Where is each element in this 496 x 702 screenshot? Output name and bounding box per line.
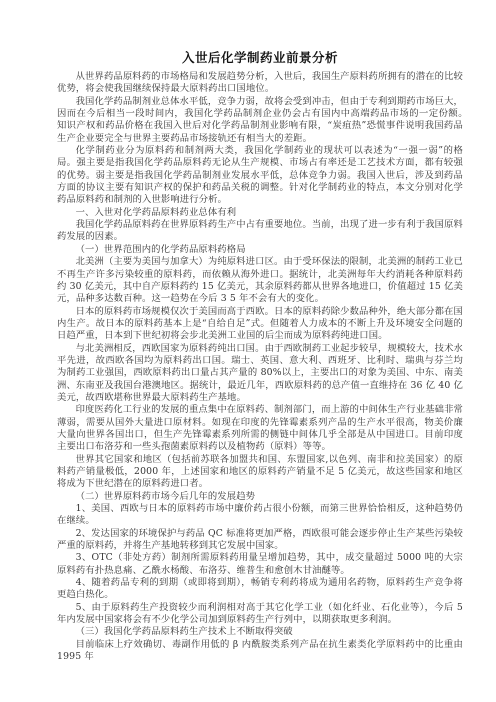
trend-item-4: 4、随着药品专利的到期（或即将到期），畅销专利药将成为通用名药物，原料药生产竞争…: [57, 577, 463, 602]
section-heading-1: 一、入世对化学药品原料药业总体有利: [57, 207, 463, 219]
paragraph-japan: 日本的原料药市场规模仅次于美国而高于西欧。日本的原料药除少数品种外，绝大部分都在…: [57, 306, 463, 343]
trend-item-3: 3、OTC（非处方药）制剂所需原料药用量呈增加趋势，其中，成交量超过 5000 …: [57, 552, 463, 577]
paragraph-beta-lactam: 目前临床上疗效确切、毒副作用低的 β 内酰胺类系列产品在抗生素类化学原料药中的比…: [57, 639, 463, 664]
trend-item-5: 5、由于原料药生产投资较少而利润相对高于其它化学工业（如化纤业、石化业等），今后…: [57, 602, 463, 627]
paragraph-preparations: 我国化学药品制剂业总体水平低，竞争力弱，故将会受到冲击，但由于专利到期药市场巨大…: [57, 96, 463, 145]
subsection-heading-3: （三）我国化学药品原料药生产技术上不断取得突破: [57, 626, 463, 638]
trend-item-1: 1、美国、西欧与日本的原料药市场中廉价药占很小份额，而第三世界恰恰相反，这种趋势…: [57, 503, 463, 528]
paragraph-north-america: 北美洲（主要为美国与加拿大）为纯原料进口区。由于受环保法的限制，北美洲的制药工业…: [57, 256, 463, 305]
paragraph-intro: 从世界药品原料药的市场格局和发展趋势分析，入世后，我国生产原料药所拥有的潜在的比…: [57, 71, 463, 96]
paragraph-india: 印度医药化工行业的发展的重点集中在原料药、制剂部门，而上游的中间体生产行业基础非…: [57, 404, 463, 453]
document-page: 入世后化学制药业前景分析 从世界药品原料药的市场格局和发展趋势分析，入世后，我国…: [57, 50, 463, 664]
document-body: 从世界药品原料药的市场格局和发展趋势分析，入世后，我国生产原料药所拥有的潜在的比…: [57, 71, 463, 664]
subsection-heading-1: （一）世界范围内的化学药品原料药格局: [57, 244, 463, 256]
trend-item-2: 2、发达国家的环境保护与药品 QC 标准将更加严格，西欧很可能会逐步停止生产某些…: [57, 528, 463, 553]
paragraph-western-europe: 与北美洲相反，西欧国家为原料药纯出口国。由于西欧制药工业起步较早，规模较大，技术…: [57, 343, 463, 405]
document-title: 入世后化学制药业前景分析: [57, 50, 463, 66]
paragraph-section-1-intro: 我国化学药品原料药在世界原料药生产中占有重要地位。当前，出现了进一步有利于我国原…: [57, 219, 463, 244]
paragraph-other-regions: 世界其它国家和地区（包括前苏联各加盟共和国、东盟国家,以色列、南非和拉美国家）的…: [57, 454, 463, 491]
subsection-heading-2: （二）世界原料药市场今后几年的发展趋势: [57, 491, 463, 503]
paragraph-overview: 化学制药业分为原料药和制剂两大类，我国化学制药业的现状可以表述为“一强一弱”的格…: [57, 145, 463, 207]
